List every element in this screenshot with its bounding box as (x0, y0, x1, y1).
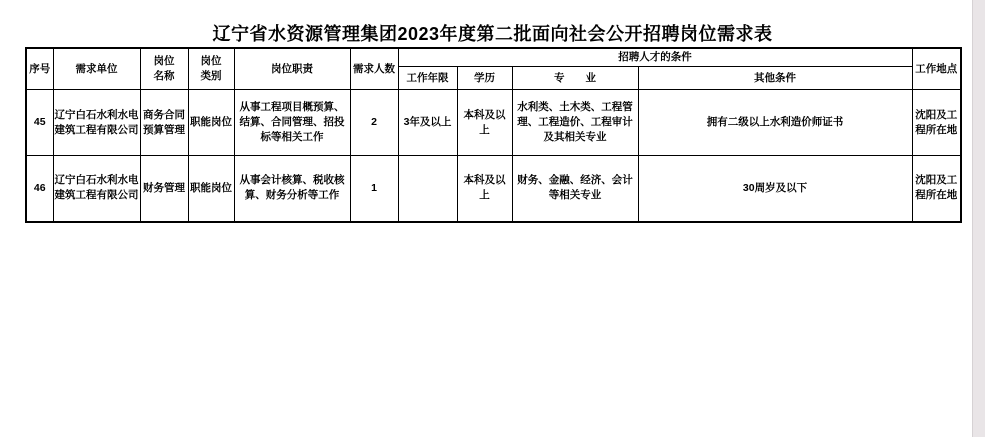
header-other: 其他条件 (638, 67, 912, 90)
cell-other: 30周岁及以下 (638, 156, 912, 222)
cell-duty: 从事工程项目概预算、结算、合同管理、招投标等相关工作 (234, 90, 350, 156)
header-unit: 需求单位 (53, 48, 140, 90)
cell-serial: 45 (26, 90, 53, 156)
cell-headcount: 2 (350, 90, 398, 156)
table-row: 45 辽宁白石水利水电建筑工程有限公司 商务合同预算管理 职能岗位 从事工程项目… (26, 90, 961, 156)
cell-years (398, 156, 457, 222)
header-location: 工作地点 (912, 48, 961, 90)
page-title: 辽宁省水资源管理集团2023年度第二批面向社会公开招聘岗位需求表 (25, 20, 960, 46)
header-conditions-group: 招聘人才的条件 (398, 48, 912, 67)
cell-headcount: 1 (350, 156, 398, 222)
cell-position-name: 商务合同预算管理 (140, 90, 188, 156)
table-header-row-1: 序号 需求单位 岗位 名称 岗位 类别 岗位职责 需求人数 招聘人才的条件 工作… (26, 48, 961, 67)
cell-serial: 46 (26, 156, 53, 222)
cell-years: 3年及以上 (398, 90, 457, 156)
cell-unit: 辽宁白石水利水电建筑工程有限公司 (53, 90, 140, 156)
cell-category: 职能岗位 (188, 90, 234, 156)
cell-duty: 从事会计核算、税收核算、财务分析等工作 (234, 156, 350, 222)
cell-education: 本科及以上 (457, 156, 512, 222)
scrollbar-track[interactable] (972, 0, 985, 437)
header-education: 学历 (457, 67, 512, 90)
header-category: 岗位 类别 (188, 48, 234, 90)
recruitment-table: 序号 需求单位 岗位 名称 岗位 类别 岗位职责 需求人数 招聘人才的条件 工作… (25, 47, 962, 223)
cell-category: 职能岗位 (188, 156, 234, 222)
cell-major: 财务、金融、经济、会计等相关专业 (512, 156, 638, 222)
cell-location: 沈阳及工程所在地 (912, 90, 961, 156)
table-row: 46 辽宁白石水利水电建筑工程有限公司 财务管理 职能岗位 从事会计核算、税收核… (26, 156, 961, 222)
header-serial: 序号 (26, 48, 53, 90)
header-years: 工作年限 (398, 67, 457, 90)
header-position-name: 岗位 名称 (140, 48, 188, 90)
cell-location: 沈阳及工程所在地 (912, 156, 961, 222)
cell-major: 水利类、土木类、工程管理、工程造价、工程审计及其相关专业 (512, 90, 638, 156)
header-duty: 岗位职责 (234, 48, 350, 90)
header-major: 专 业 (512, 67, 638, 90)
cell-other: 拥有二级以上水利造价师证书 (638, 90, 912, 156)
cell-education: 本科及以上 (457, 90, 512, 156)
header-headcount: 需求人数 (350, 48, 398, 90)
cell-unit: 辽宁白石水利水电建筑工程有限公司 (53, 156, 140, 222)
cell-position-name: 财务管理 (140, 156, 188, 222)
